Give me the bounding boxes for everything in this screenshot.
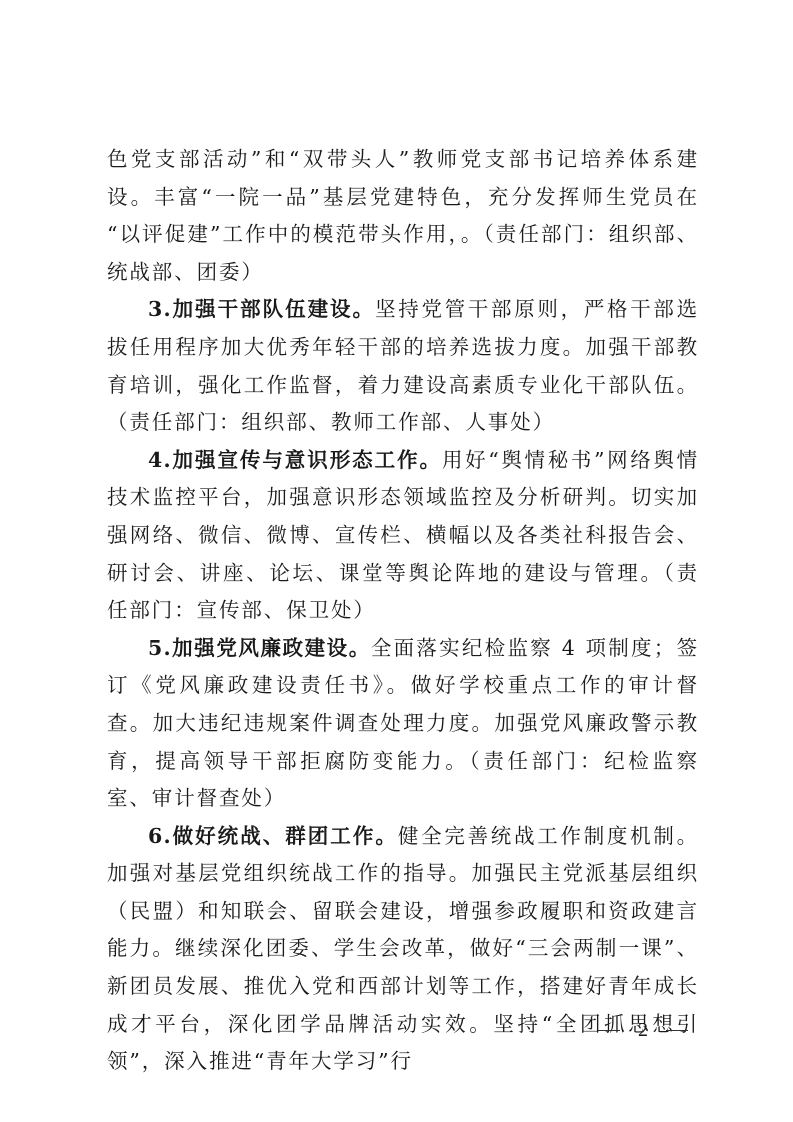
paragraph-heading: 6.做好统战、群团工作。 xyxy=(148,824,398,848)
paragraph-cadre-team: 3.加强干部队伍建设。坚持党管干部原则，严格干部选拔任用程序加大优秀年轻干部的培… xyxy=(107,291,699,441)
paragraph-heading: 3.加强干部队伍建设。 xyxy=(148,297,375,321)
document-page: 色党支部活动”和“双带头人”教师党支部书记培养体系建设。丰富“一院一品”基层党建… xyxy=(107,141,699,1081)
page-footer: 2 xyxy=(598,1019,688,1042)
dash-left-decoration xyxy=(598,1030,620,1031)
dash-right-decoration xyxy=(666,1030,688,1031)
paragraph-heading: 5.加强党风廉政建设。 xyxy=(148,636,371,660)
paragraph-publicity-ideology: 4.加强宣传与意识形态工作。用好“舆情秘书”网络舆情技术监控平台，加强意识形态领… xyxy=(107,442,699,630)
paragraph-continuation: 色党支部活动”和“双带头人”教师党支部书记培养体系建设。丰富“一院一品”基层党建… xyxy=(107,141,699,291)
paragraph-body: 用好“舆情秘书”网络舆情技术监控平台，加强意识形态领域监控及分析研判。切实加强网… xyxy=(107,448,699,622)
paragraph-body: 全面落实纪检监察 4 项制度；签订《党风廉政建设责任书》。做好学校重点工作的审计… xyxy=(107,636,699,810)
paragraph-integrity: 5.加强党风廉政建设。全面落实纪检监察 4 项制度；签订《党风廉政建设责任书》。… xyxy=(107,630,699,818)
paragraph-body: 色党支部活动”和“双带头人”教师党支部书记培养体系建设。丰富“一院一品”基层党建… xyxy=(107,147,699,284)
paragraph-heading: 4.加强宣传与意识形态工作。 xyxy=(148,448,442,472)
page-number: 2 xyxy=(638,1019,648,1042)
